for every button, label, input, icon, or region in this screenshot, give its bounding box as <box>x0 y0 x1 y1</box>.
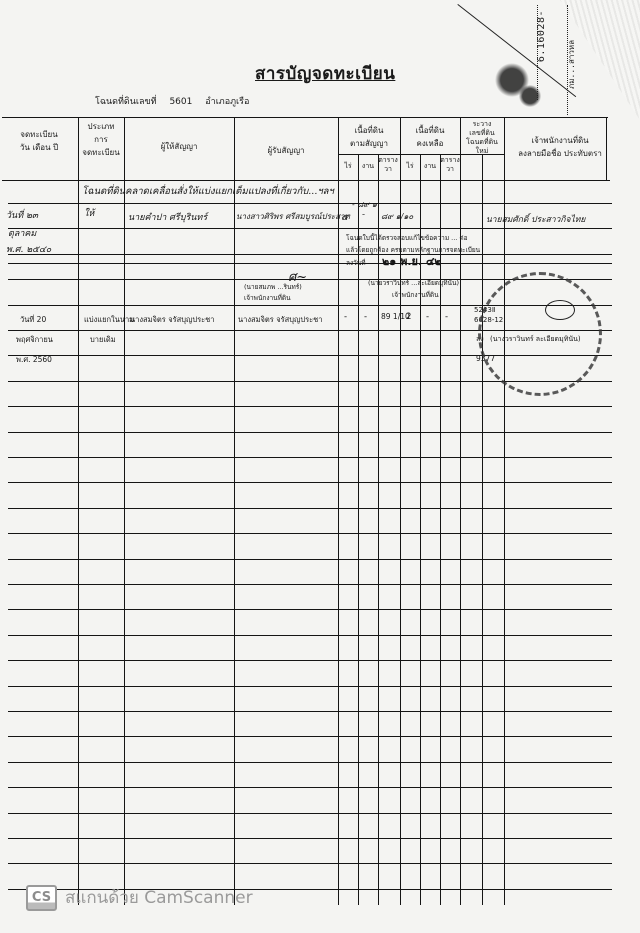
header-new-parcel: ระวาง เลขที่ดิน โฉนดที่ดิน ใหม่ <box>460 120 504 156</box>
row-rule <box>8 787 612 788</box>
unit-rai: ไร่ <box>400 162 420 171</box>
unit-ngan: งาน <box>358 162 378 171</box>
signatory-right-name: (นายวราวินทร์ ...ละเอียดมุทินัน) <box>368 278 459 288</box>
header-line: ระวาง <box>460 120 504 129</box>
header-line: เจ้าพนักงานที่ดิน <box>504 134 616 147</box>
header-line: เนื้อที่ดิน <box>400 124 460 137</box>
signatory-left-title: เจ้าพนักงานที่ดิน <box>244 293 291 303</box>
entry-area-rai: - <box>344 312 347 322</box>
correction-date: ๒๑ พ.ย. ๔๒ <box>382 252 442 270</box>
entry-area-rai: ๕ <box>341 210 348 224</box>
correction-note-line: โฉนดใบนี้ได้ตรวจสอบแก้ไขข้อความ ... ต่อ <box>346 233 468 243</box>
header-land-remaining: เนื้อที่ดิน คงเหลือ <box>400 124 460 150</box>
header-type-line: จดทะเบียน <box>78 146 124 159</box>
header-type: ประเภท การ จดทะเบียน <box>78 120 124 159</box>
entry-note-line: โฉนดที่ดินคลาดเคลื่อนสั่งให้แบ่งแยกเต็มแ… <box>82 184 334 199</box>
row-rule <box>8 457 612 458</box>
row-rule <box>8 736 612 737</box>
header-type-line: การ <box>78 133 124 146</box>
entry-type: แบ่งแยกในนาม <box>84 314 134 326</box>
column-rule <box>78 117 79 905</box>
unit-rai: ไร่ <box>338 162 358 171</box>
entry-date-month: พฤศจิกายน <box>16 334 53 346</box>
unit-wa: ตาราง วา <box>440 156 460 174</box>
row-rule <box>2 117 608 118</box>
official-seal-stamp <box>478 272 602 396</box>
entry-date-year: พ.ศ. 2560 <box>16 354 52 366</box>
entry-grantee: นางสมจิตร จรัสบุญประชา <box>238 314 322 326</box>
row-rule <box>8 263 612 264</box>
entry-type: ให้ <box>84 206 94 220</box>
row-rule <box>8 863 612 864</box>
column-rule <box>482 154 483 905</box>
header-line: ตามสัญญา <box>338 137 400 150</box>
row-rule <box>8 711 612 712</box>
row-rule <box>8 432 612 433</box>
header-line: ลงลายมือชื่อ ประทับตรา <box>504 147 616 160</box>
entry-remaining-wa: - <box>445 312 448 322</box>
row-rule <box>8 813 612 814</box>
header-date-group: จดทะเบียน วัน เดือน ปี <box>0 128 78 154</box>
entry-remaining-note: - ๘๙ ๑ <box>352 198 377 211</box>
row-rule <box>8 508 612 509</box>
watermark-text: สแกนด้วย CamScanner <box>65 884 253 911</box>
row-rule <box>8 838 612 839</box>
entry-date-year: พ.ศ. ๒๕๔๐ <box>6 242 51 256</box>
row-rule <box>8 482 612 483</box>
entry-grantee: นางสาวศิริพร ศรีสมบูรณ์ประสาท <box>236 210 350 223</box>
entry-officer-name: นายสมศักดิ์ ประสาวกิจไทย <box>486 212 585 226</box>
entry-grantor: นางสมจิตร จรัสบุญประชา <box>130 314 214 326</box>
row-rule <box>8 254 612 255</box>
row-rule <box>8 609 612 610</box>
header-line: เนื้อที่ดิน <box>338 124 400 137</box>
scanned-document-page: 6.16028- ภม...สาวหล สารบัญจดทะเบียน โฉนด… <box>0 0 640 933</box>
row-rule <box>8 686 612 687</box>
column-rule <box>124 117 125 905</box>
header-date-sub: วัน เดือน ปี <box>0 141 78 154</box>
row-rule <box>8 228 612 229</box>
entry-date-day: วันที่ 20 <box>20 314 46 326</box>
entry-grantor: นายคำปา ศรีบุรินทร์ <box>128 210 207 224</box>
row-rule <box>8 203 612 204</box>
row-rule <box>8 635 612 636</box>
entry-date-month: ตุลาคม <box>8 226 36 240</box>
header-line: โฉนดที่ดิน <box>460 138 504 147</box>
row-rule <box>8 762 612 763</box>
entry-area-ngan: - <box>362 210 365 220</box>
column-rule <box>338 117 339 905</box>
camscanner-watermark: CS สแกนด้วย CamScanner <box>26 884 253 911</box>
column-rule <box>504 117 505 905</box>
row-rule <box>8 660 612 661</box>
unit-wa: ตาราง วา <box>378 156 398 174</box>
row-rule <box>2 180 610 181</box>
correction-note-line: ลงวันที่ <box>346 258 366 268</box>
header-grantor: ผู้ให้สัญญา <box>124 140 234 153</box>
row-rule <box>8 559 612 560</box>
seal-emblem <box>545 300 575 320</box>
column-rule <box>234 117 235 905</box>
entry-area-wa: ๘๙ ๑/๑๐ <box>381 210 413 223</box>
header-date-label: จดทะเบียน <box>0 128 78 141</box>
row-rule <box>8 533 612 534</box>
signatory-right-title: เจ้าพนักงานที่ดิน <box>392 290 439 300</box>
row-rule <box>8 406 612 407</box>
header-line: คงเหลือ <box>400 137 460 150</box>
entry-remaining-rai: 2 <box>406 312 411 322</box>
entry-area-ngan: - <box>364 312 367 322</box>
header-line: ใหม่ <box>460 147 504 156</box>
header-line: เลขที่ดิน <box>460 129 504 138</box>
entry-date-day: วันที่ ๒๓ <box>6 208 38 222</box>
camscanner-logo-icon: CS <box>26 885 57 911</box>
header-type-line: ประเภท <box>78 120 124 133</box>
signatory-left-name: (นายสมภพ ...รินทร์) <box>244 282 302 292</box>
entry-type-cont: บายเดิม <box>90 334 116 346</box>
header-officer: เจ้าพนักงานที่ดิน ลงลายมือชื่อ ประทับตรา <box>504 134 616 160</box>
unit-ngan: งาน <box>420 162 440 171</box>
row-rule <box>8 584 612 585</box>
header-land-contract: เนื้อที่ดิน ตามสัญญา <box>338 124 400 150</box>
column-rule <box>378 154 379 905</box>
header-grantee: ผู้รับสัญญา <box>234 144 338 157</box>
entry-remaining-ngan: - <box>426 312 429 322</box>
